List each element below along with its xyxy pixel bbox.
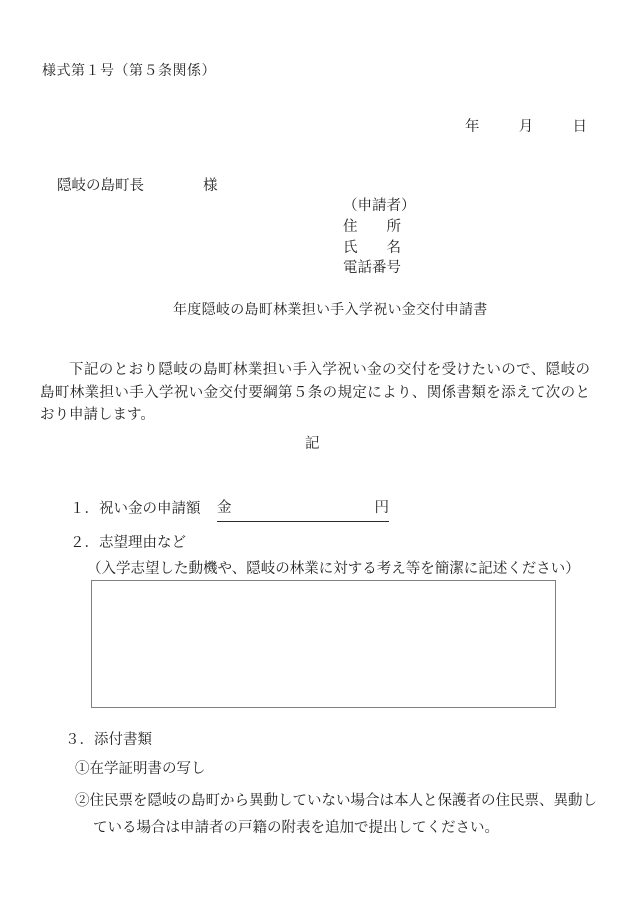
item3-label: ３．添付書類 [65,730,152,751]
amount-input-field[interactable]: 金 円 [217,498,389,522]
date-month-label: 月 [519,117,534,138]
date-year-label: 年 [465,117,480,138]
attachment-item-1: ①在学証明書の写し [75,759,206,780]
document-title: 年度隠岐の島町林業担い手入学祝い金交付申請書 [173,301,488,321]
item2-note: （入学志望した動機や、隠岐の林業に対する考え等を簡潔に記述ください） [87,559,580,580]
addressee-honorific: 様 [203,178,218,194]
item2-label: ２．志望理由など [70,533,186,554]
reason-input-box[interactable] [91,580,556,708]
amount-prefix-label: 金 [217,498,232,519]
applicant-caption: （申請者） [343,196,416,217]
date-line: 年 月 日 [465,117,587,138]
attachment-item-2: ②住民票を隠岐の島町から異動していない場合は本人と保護者の住民票、異動している場… [75,788,605,842]
date-day-label: 日 [573,117,588,138]
applicant-block: （申請者） 住 所 氏 名 電話番号 [343,196,416,279]
applicant-address-label: 住 所 [343,217,416,238]
addressee-name: 隠岐の島町長 [57,178,144,194]
form-number: 様式第１号（第５条関係） [42,62,216,82]
amount-unit-label: 円 [375,498,390,519]
addressee-line: 隠岐の島町長様 [57,176,218,197]
item1-label: １．祝い金の申請額 [70,499,201,520]
record-marker: 記 [305,434,320,455]
body-paragraph: 下記のとおり隠岐の島町林業担い手入学祝い金の交付を受けたいので、隠岐の島町林業担… [40,359,590,427]
application-form-page: 様式第１号（第５条関係） 年 月 日 隠岐の島町長様 （申請者） 住 所 氏 名… [0,0,630,903]
applicant-phone-label: 電話番号 [343,258,416,279]
applicant-name-label: 氏 名 [343,238,416,259]
